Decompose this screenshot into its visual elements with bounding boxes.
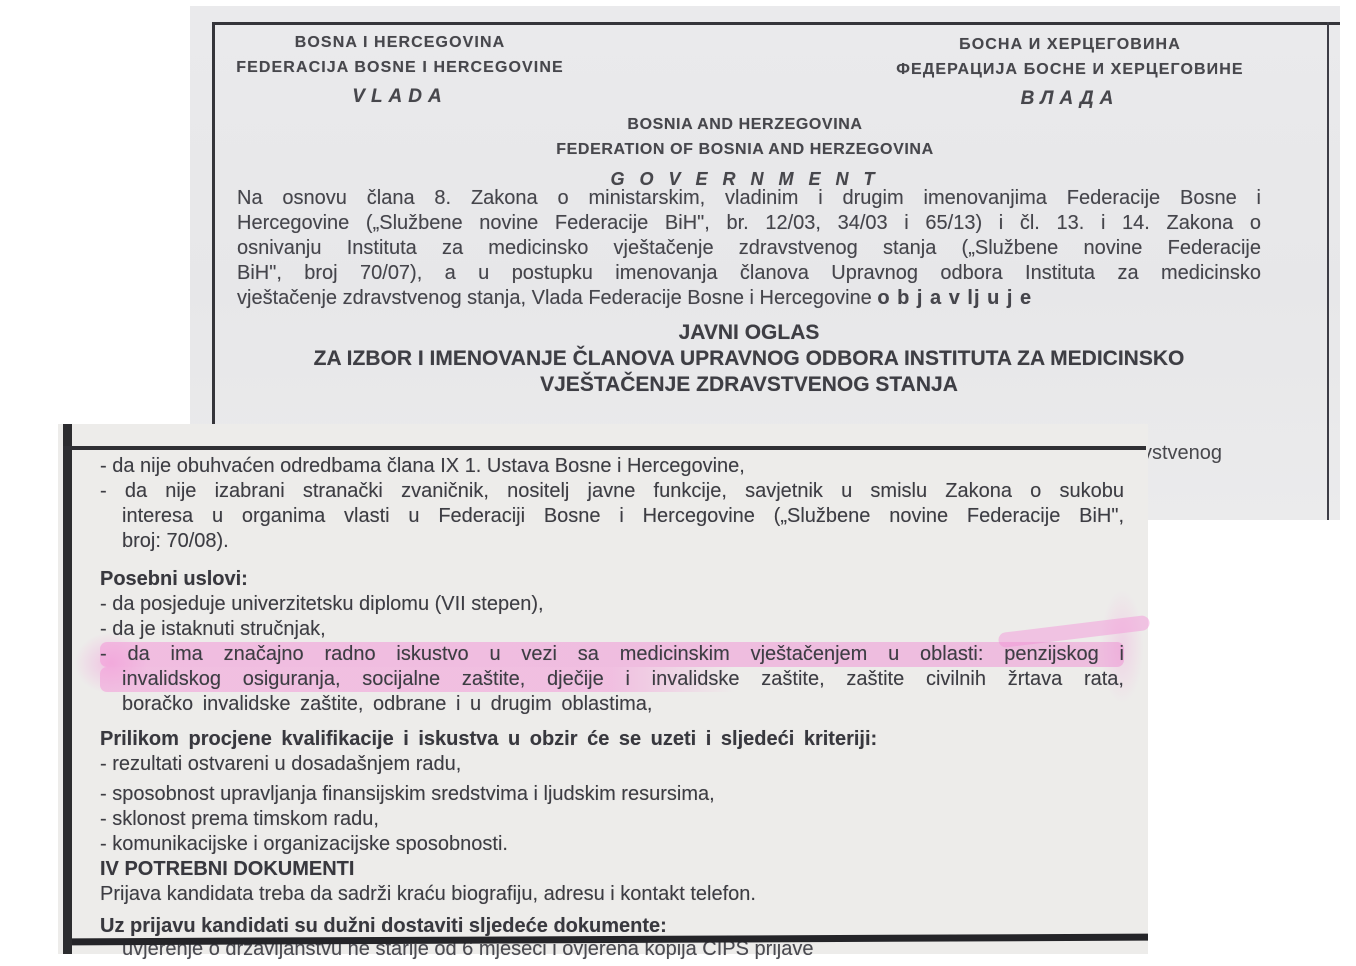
header-latin-federation: FEDERACIJA BOSNE I HERCEGOVINE [190,55,610,80]
requirement-line: interesa u organima vlasti u Federaciji … [100,504,1124,529]
section-heading: IV POTREBNI DOKUMENTI [100,857,1124,882]
requirement-line: - da posjeduje univerzitetsku diplomu (V… [100,592,1124,617]
page-background: BOSNA I HERCEGOVINA FEDERACIJA BOSNE I H… [0,0,1356,966]
document-title-line3: VJEŠTAČENJE ZDRAVSTVENOG STANJA [237,372,1261,398]
header-latin: BOSNA I HERCEGOVINA FEDERACIJA BOSNE I H… [190,30,610,111]
intro-line: osnivanju Instituta za medicinsko vješta… [237,236,1261,261]
requirement-line: - da nije obuhvaćen odredbama člana IX 1… [100,454,1124,479]
requirement-line: - da nije izabrani stranački zvaničnik, … [100,479,1124,504]
intro-line: Hercegovine („Službene novine Federacije… [237,211,1261,236]
criteria-line: - sklonost prema timskom radu, [100,807,1124,832]
criteria-line: - rezultati ostvareni u dosadašnjem radu… [100,752,1124,777]
obscured-text-fragment: vstvenog [1142,442,1222,465]
header-cyrillic-country: БОСНА И ХЕРЦЕГОВИНА [860,32,1280,57]
header-english-country: BOSNIA AND HERZEGOVINA [530,112,960,137]
scan-top-frame-right [1327,22,1329,520]
header-cyrillic-federation: ФЕДЕРАЦИЈА БОСНЕ И ХЕРЦЕГОВИНЕ [860,57,1280,82]
intro-paragraph: Na osnovu člana 8. Zakona o ministarskim… [237,186,1261,311]
intro-line: vještačenje zdravstvenog stanja, Vlada F… [237,286,1261,311]
document-title-line1: JAVNI OGLAS [237,320,1261,346]
header-cyrillic-government: ВЛАДА [860,85,1280,113]
highlighted-line: invalidskog osiguranja, socijalne zaštit… [100,667,1124,692]
intro-line: Na osnovu člana 8. Zakona o ministarskim… [237,186,1261,211]
body-line: Prijava kandidata treba da sadrži kraću … [100,882,1124,907]
criteria-line: - sposobnost upravljanja finansijskim sr… [100,782,1124,807]
intro-line: BiH", broj 70/07), a u postupku imenovan… [237,261,1261,286]
highlighted-line: - da ima značajno radno iskustvo u vezi … [100,642,1124,667]
scan-top-frame-top [212,22,1340,25]
document-title-line2: ZA IZBOR I IMENOVANJE ČLANOVA UPRAVNOG O… [237,346,1261,372]
header-latin-government: VLADA [190,83,610,111]
scan-bottom-frame-top [63,446,1146,450]
requirement-line: - da je istaknuti stručnjak, [100,617,1124,642]
document-title: JAVNI OGLAS ZA IZBOR I IMENOVANJE ČLANOV… [237,320,1261,398]
requirement-line: broj: 70/08). [100,529,1124,554]
section-heading: Posebni uslovi: [100,567,1124,592]
requirement-line: boračko invalidske zaštite, odbrane i u … [100,692,1124,717]
section-heading: Prilikom procjene kvalifikacije i iskust… [100,727,1124,752]
header-english: BOSNIA AND HERZEGOVINA FEDERATION OF BOS… [530,112,960,193]
header-cyrillic: БОСНА И ХЕРЦЕГОВИНА ФЕДЕРАЦИЈА БОСНЕ И Х… [860,32,1280,113]
header-english-federation: FEDERATION OF BOSNIA AND HERZEGOVINA [530,137,960,162]
criteria-line: - komunikacijske i organizacijske sposob… [100,832,1124,857]
scan-bottom-frame-left [63,424,72,954]
body-text: - da nije obuhvaćen odredbama člana IX 1… [100,454,1124,962]
scan-bottom-page: - da nije obuhvaćen odredbama člana IX 1… [58,424,1148,954]
header-latin-country: BOSNA I HERCEGOVINA [190,30,610,55]
